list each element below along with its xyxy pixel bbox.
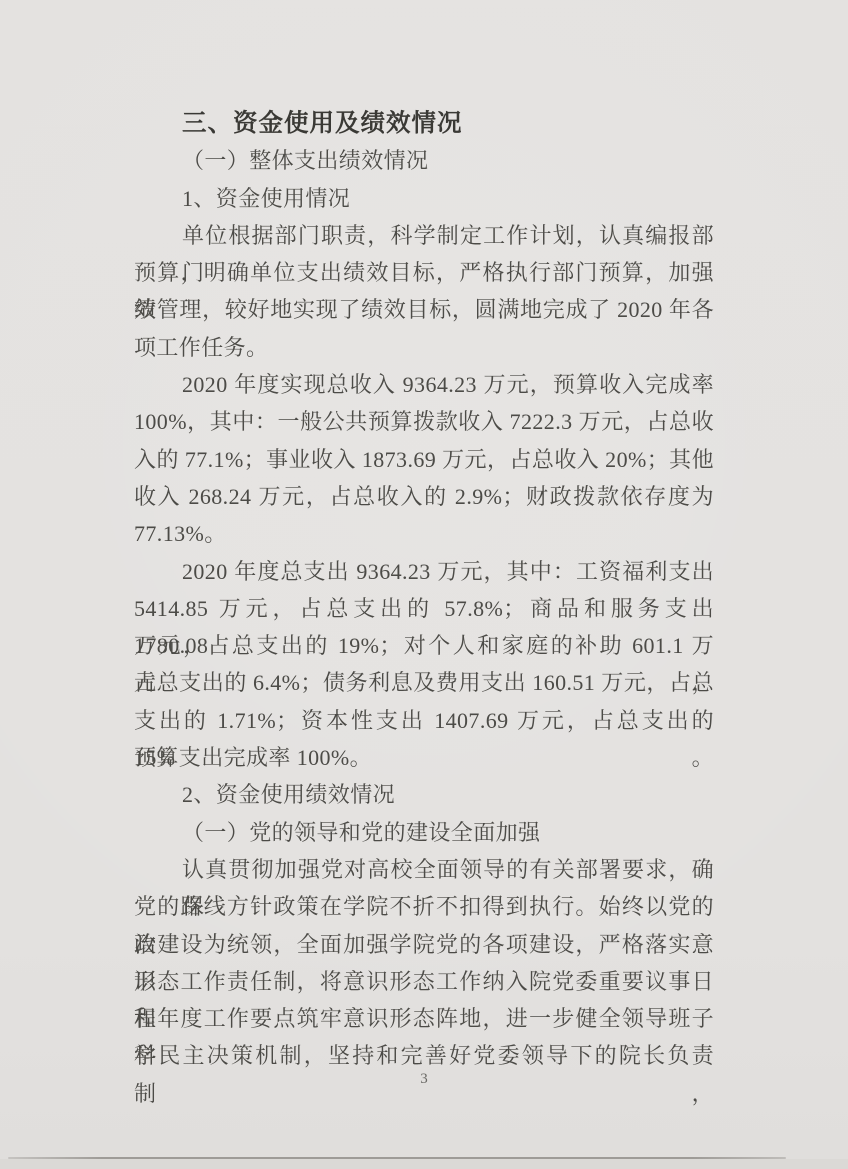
text-line: 100%，其中：一般公共预算拨款收入 7222.3 万元，占总收 (134, 403, 714, 440)
text-line: 效管理，较好地实现了绩效目标，圆满地完成了 2020 年各 (134, 291, 714, 328)
text-line: 单位根据部门职责，科学制定工作计划，认真编报部门 (134, 217, 714, 254)
text-line: 和年度工作要点筑牢意识形态阵地，进一步健全领导班子科 (134, 1000, 714, 1037)
text-line: 形态工作责任制，将意识形态工作纳入院党委重要议事日程 (134, 963, 714, 1000)
text-line: （一）整体支出绩效情况 (134, 142, 714, 179)
text-line: 2020 年度实现总收入 9364.23 万元，预算收入完成率 (134, 366, 714, 403)
text-line: 占总支出的 6.4%；债务利息及费用支出 160.51 万元，占总 (134, 664, 714, 701)
text-line: 党的路线方针政策在学院不折不扣得到执行。始终以党的政 (134, 888, 714, 925)
text-line: 治建设为统领，全面加强学院党的各项建设，严格落实意识 (134, 926, 714, 963)
text-line: 项工作任务。 (134, 329, 714, 366)
text-line: 1、资金使用情况 (134, 180, 714, 217)
scanned-document-page: 三、资金使用及绩效情况（一）整体支出绩效情况1、资金使用情况单位根据部门职责，科… (0, 0, 848, 1169)
text-line: 5414.85 万元，占总支出的 57.8%；商品和服务支出 1780.08 (134, 590, 714, 627)
text-line: （一）党的领导和党的建设全面加强 (134, 814, 714, 851)
text-line: 认真贯彻加强党对高校全面领导的有关部署要求，确保 (134, 851, 714, 888)
text-line: 2、资金使用绩效情况 (134, 776, 714, 813)
scan-edge-shadow (0, 1159, 848, 1169)
text-line: 学民主决策机制，坚持和完善好党委领导下的院长负责制， (134, 1037, 714, 1074)
text-line: 入的 77.1%；事业收入 1873.69 万元，占总收入 20%；其他 (134, 441, 714, 478)
text-line: 万元，占总支出的 19%；对个人和家庭的补助 601.1 万元， (134, 627, 714, 664)
text-line: 收入 268.24 万元，占总收入的 2.9%；财政拨款依存度为 (134, 478, 714, 515)
text-line: 预算，明确单位支出绩效目标，严格执行部门预算，加强绩 (134, 254, 714, 291)
text-line: 2020 年度总支出 9364.23 万元，其中：工资福利支出 (134, 553, 714, 590)
text-line: 支出的 1.71%；资本性支出 1407.69 万元，占总支出的 15%。 (134, 702, 714, 739)
section-heading: 三、资金使用及绩效情况 (134, 105, 714, 142)
text-line: 77.13%。 (134, 515, 714, 552)
page-number: 3 (134, 1071, 714, 1088)
document-text-block: 三、资金使用及绩效情况（一）整体支出绩效情况1、资金使用情况单位根据部门职责，科… (134, 105, 714, 1075)
